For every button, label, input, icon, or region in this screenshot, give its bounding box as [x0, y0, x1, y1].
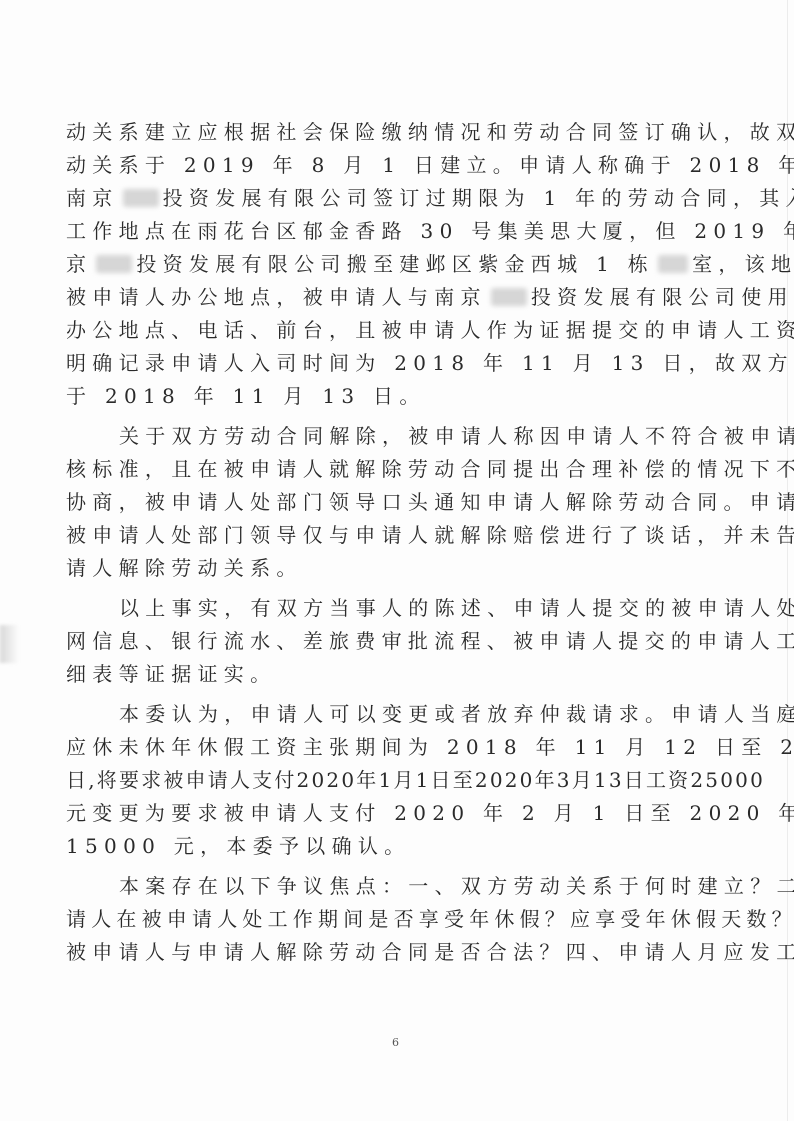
paragraph-evidence: 以上事实，有双方当事人的陈述、申请人提交的被申请人处 OA 内 网信息、银行流水…	[66, 592, 708, 691]
text-line: 15000 元，本委予以确认。	[66, 830, 708, 863]
text-segment: 室，该地点即	[692, 252, 794, 276]
page-number: 6	[392, 1036, 399, 1049]
text-line: 请人解除劳动关系。	[66, 552, 708, 585]
redacted-company-name	[123, 189, 159, 207]
text-line: 日,将要求被申请人支付2020年1月1日至2020年3月13日工资25000	[66, 764, 708, 797]
text-line: 南京投资发展有限公司签订过期限为 1 年的劳动合同，其入职时	[66, 182, 708, 215]
paragraph-labor-relation-start: 动关系建立应根据社会保险缴纳情况和劳动合同签订确认，故双方劳 动关系于 2019…	[66, 116, 708, 413]
text-segment: 京	[66, 252, 92, 276]
text-line: 明确记录申请人入司时间为 2018 年 11 月 13 日，故双方劳动关系建立	[66, 347, 708, 380]
text-line: 动关系建立应根据社会保险缴纳情况和劳动合同签订确认，故双方劳	[66, 116, 708, 149]
document-page: 动关系建立应根据社会保险缴纳情况和劳动合同签订确认，故双方劳 动关系于 2019…	[0, 0, 794, 1121]
text-line: 细表等证据证实。	[66, 658, 708, 691]
paragraph-contract-termination: 关于双方劳动合同解除，被申请人称因申请人不符合被申请人考 核标准，且在被申请人就…	[66, 420, 708, 585]
text-line: 关于双方劳动合同解除，被申请人称因申请人不符合被申请人考	[66, 420, 708, 453]
text-line: 被申请人与申请人解除劳动合同是否合法？四、申请人月应发工资标	[66, 936, 708, 969]
text-line: 网信息、银行流水、差旅费审批流程、被申请人提交的申请人工资明	[66, 625, 708, 658]
text-line: 于 2018 年 11 月 13 日。	[66, 380, 708, 413]
text-segment: 南京	[66, 186, 119, 210]
text-line: 办公地点、电话、前台，且被申请人作为证据提交的申请人工资表中	[66, 314, 708, 347]
text-line: 被申请人处部门领导仅与申请人就解除赔偿进行了谈话，并未告知申	[66, 519, 708, 552]
text-line: 本委认为，申请人可以变更或者放弃仲裁请求。申请人当庭明确	[66, 698, 708, 731]
text-line: 本案存在以下争议焦点：一、双方劳动关系于何时建立？二、申	[66, 870, 708, 903]
text-segment: 投资发展有限公司签订过期限为 1 年的劳动合同，其入职时	[163, 186, 794, 210]
text-line: 工作地点在雨花台区郁金香路 30 号集美思大厦，但 2019 年上半年南	[66, 215, 708, 248]
document-body: 动关系建立应根据社会保险缴纳情况和劳动合同签订确认，故双方劳 动关系于 2019…	[66, 116, 708, 976]
text-line: 以上事实，有双方当事人的陈述、申请人提交的被申请人处 OA 内	[66, 592, 708, 625]
text-segment: 被申请人办公地点，被申请人与南京	[66, 285, 487, 309]
text-line: 应休未休年休假工资主张期间为 2018 年 11 月 12 日至 2020 年 …	[66, 731, 708, 764]
redacted-company-name	[491, 288, 527, 306]
text-segment: 投资发展有限公司搬至建邺区紫金西城 1 栋	[136, 252, 654, 276]
text-line: 核标准，且在被申请人就解除劳动合同提出合理补偿的情况下不接受	[66, 453, 708, 486]
text-line: 元变更为要求被申请人支付 2020 年 2 月 1 日至 2020 年 3 月 …	[66, 797, 708, 830]
redacted-company-name	[96, 255, 132, 273]
redacted-room-number	[658, 255, 688, 273]
paragraph-dispute-focus: 本案存在以下争议焦点：一、双方劳动关系于何时建立？二、申 请人在被申请人处工作期…	[66, 870, 708, 969]
text-line: 京投资发展有限公司搬至建邺区紫金西城 1 栋室，该地点即	[66, 248, 708, 281]
scan-smudge	[0, 625, 18, 663]
text-line: 请人在被申请人处工作期间是否享受年休假？应享受年休假天数？三、	[66, 903, 708, 936]
paragraph-committee-opinion: 本委认为，申请人可以变更或者放弃仲裁请求。申请人当庭明确 应休未休年休假工资主张…	[66, 698, 708, 863]
text-segment: 投资发展有限公司使用同一	[531, 285, 794, 309]
text-line: 被申请人办公地点，被申请人与南京投资发展有限公司使用同一	[66, 281, 708, 314]
text-line: 动关系于 2019 年 8 月 1 日建立。申请人称确于 2018 年 11 月…	[66, 149, 708, 182]
text-line: 协商，被申请人处部门领导口头通知申请人解除劳动合同。申请人称	[66, 486, 708, 519]
